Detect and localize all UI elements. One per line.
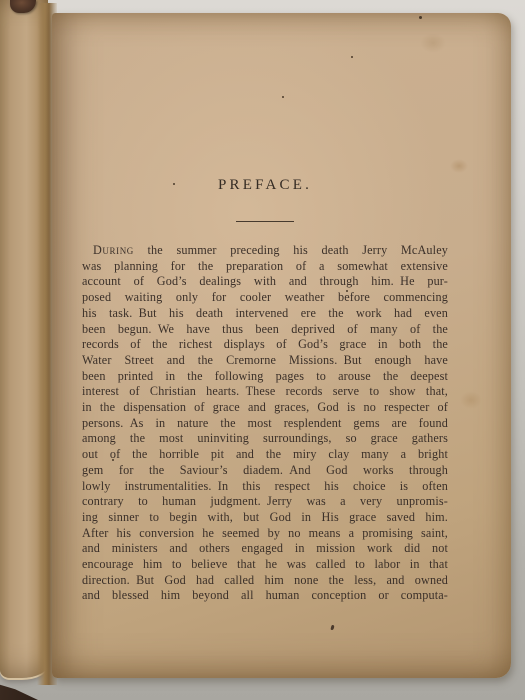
text-line: ing sinner to begin with, but God in His… <box>82 510 448 526</box>
text-line: contrary to human judgment. Jerry was a … <box>82 494 448 510</box>
preface-paragraph: During the summer preceding his death Je… <box>82 243 448 604</box>
text-line: encourage him to believe that he was cal… <box>82 557 448 573</box>
text-line: gem for the Saviour’s diadem. And God wo… <box>82 463 448 479</box>
text-line: records of the richest displays of God’s… <box>82 337 448 353</box>
text-line: account of God’s dealings with and throu… <box>82 274 448 290</box>
text-line-rest: the summer preceding his death Jerry McA… <box>148 243 449 257</box>
text-line: been printed in the following pages to a… <box>82 369 448 385</box>
text-line: among the most uninviting surroundings, … <box>82 431 448 447</box>
page-content: PREFACE. During the summer preceding his… <box>82 13 448 678</box>
text-line: and ministers and others engaged in miss… <box>82 541 448 557</box>
text-line: in the dispensation of grace and graces,… <box>82 400 448 416</box>
foxing-stain <box>460 391 482 409</box>
title-divider <box>236 221 294 222</box>
text-line: out of the horrible pit and the miry cla… <box>82 447 448 463</box>
text-line: During the summer preceding his death Je… <box>82 243 448 259</box>
opening-word: During <box>93 243 134 257</box>
text-line: and blessed him beyond all human concept… <box>82 588 448 604</box>
text-line: been begun. We have thus been deprived o… <box>82 322 448 338</box>
book-page: PREFACE. During the summer preceding his… <box>52 13 511 678</box>
foxing-stain <box>450 159 468 173</box>
text-line: interest of Christian hearts. These reco… <box>82 384 448 400</box>
page-title: PREFACE. <box>82 177 448 194</box>
cover-corner <box>0 682 38 700</box>
text-line: After his conversion he seemed by no mea… <box>82 526 448 542</box>
text-line: persons. As in nature the most resplende… <box>82 416 448 432</box>
photo-background: PREFACE. During the summer preceding his… <box>0 0 525 700</box>
text-line: Water Street and the Cremorne Missions. … <box>82 353 448 369</box>
text-line: lowly instrumentalities. In this respect… <box>82 479 448 495</box>
text-line: direction. But God had called him none t… <box>82 573 448 589</box>
text-line: his task. But his death intervened ere t… <box>82 306 448 322</box>
text-line: posed waiting only for cooler weather be… <box>82 290 448 306</box>
text-line: was planning for the preparation of a so… <box>82 259 448 275</box>
